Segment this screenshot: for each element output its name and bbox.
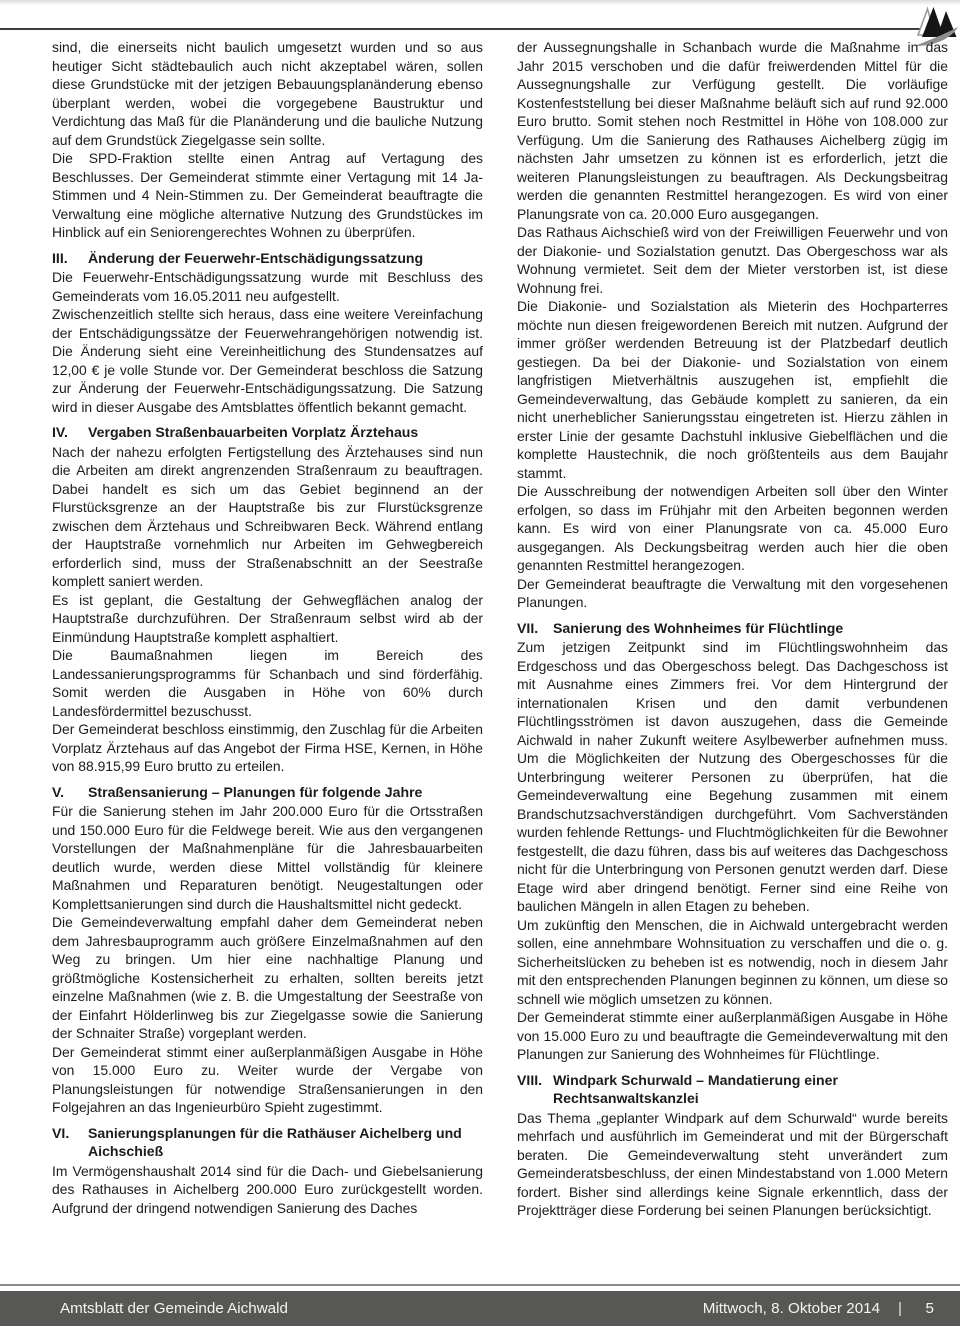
footer-publication-title: Amtsblatt der Gemeinde Aichwald — [60, 1300, 288, 1317]
paragraph: sind, die einerseits nicht baulich umges… — [52, 38, 483, 149]
section-heading: VIII.Windpark Schurwald – Mandatierung e… — [517, 1071, 948, 1108]
footer-separator: | — [898, 1300, 902, 1317]
paragraph: Der Gemeinderat stimmte einer außerplanm… — [517, 1008, 948, 1064]
section-number: VI. — [52, 1124, 88, 1161]
section-title: Vergaben Straßenbauarbeiten Vorplatz Ärz… — [88, 423, 483, 442]
footer-date: Mittwoch, 8. Oktober 2014 — [703, 1300, 880, 1317]
section-number: IV. — [52, 423, 88, 442]
section-heading: IV.Vergaben Straßenbauarbeiten Vorplatz … — [52, 423, 483, 442]
column-right: der Aussegnungshalle in Schanbach wurde … — [517, 38, 948, 1282]
paragraph: Der Gemeinderat beauftragte die Verwaltu… — [517, 575, 948, 612]
paragraph: Die Feuerwehr-Entschädigungssatzung wurd… — [52, 268, 483, 305]
paragraph: Das Thema „geplanter Windpark auf dem Sc… — [517, 1109, 948, 1220]
column-left: sind, die einerseits nicht baulich umges… — [52, 38, 483, 1282]
paragraph: Um zukünftig den Menschen, die in Aichwa… — [517, 916, 948, 1009]
paragraph: Im Vermögenshaushalt 2014 sind für die D… — [52, 1162, 483, 1218]
paragraph: Das Rathaus Aichschieß wird von der Frei… — [517, 223, 948, 297]
paragraph: Die Diakonie- und Sozialstation als Miet… — [517, 297, 948, 482]
article-columns: sind, die einerseits nicht baulich umges… — [52, 38, 948, 1282]
paragraph: Zum jetzigen Zeitpunkt sind im Flüchtlin… — [517, 638, 948, 916]
paragraph: Die SPD-Fraktion stellte einen Antrag au… — [52, 149, 483, 242]
section-title: Sanierung des Wohnheimes für Flüchtlinge — [553, 619, 948, 638]
paragraph: Der Gemeinderat beschloss einstimmig, de… — [52, 720, 483, 776]
paragraph: Zwischenzeitlich stellte sich heraus, da… — [52, 305, 483, 416]
section-number: VIII. — [517, 1071, 553, 1108]
paragraph: Die Baumaßnahmen liegen im Bereich des L… — [52, 646, 483, 720]
footer-rule — [0, 1284, 960, 1286]
paragraph: Für die Sanierung stehen im Jahr 200.000… — [52, 802, 483, 913]
section-title: Windpark Schurwald – Mandatierung einer … — [553, 1071, 948, 1108]
paragraph: Die Ausschreibung der notwendigen Arbeit… — [517, 482, 948, 575]
paragraph: Der Gemeinderat stimmt einer außerplanmä… — [52, 1043, 483, 1117]
page-top-edge — [0, 0, 960, 5]
section-title: Änderung der Feuerwehr-Entschädigungssat… — [88, 249, 483, 268]
footer-bar: Amtsblatt der Gemeinde Aichwald Mittwoch… — [0, 1291, 960, 1326]
section-heading: III.Änderung der Feuerwehr-Entschädigung… — [52, 249, 483, 268]
section-heading: V.Straßensanierung – Planungen für folge… — [52, 783, 483, 802]
footer-page-number: 5 — [920, 1300, 934, 1317]
paragraph: Nach der nahezu erfolgten Fertigstellung… — [52, 443, 483, 591]
paragraph: der Aussegnungshalle in Schanbach wurde … — [517, 38, 948, 223]
header-rule — [0, 28, 930, 30]
section-title: Straßensanierung – Planungen für folgend… — [88, 783, 483, 802]
paragraph: Die Gemeindeverwaltung empfahl daher dem… — [52, 913, 483, 1043]
section-title: Sanierungsplanungen für die Rathäuser Ai… — [88, 1124, 483, 1161]
section-heading: VII.Sanierung des Wohnheimes für Flüchtl… — [517, 619, 948, 638]
section-number: V. — [52, 783, 88, 802]
section-heading: VI.Sanierungsplanungen für die Rathäuser… — [52, 1124, 483, 1161]
section-number: VII. — [517, 619, 553, 638]
section-number: III. — [52, 249, 88, 268]
gazette-page: sind, die einerseits nicht baulich umges… — [0, 0, 960, 1326]
paragraph: Es ist geplant, die Gestaltung der Gehwe… — [52, 591, 483, 647]
footer-date-page: Mittwoch, 8. Oktober 2014 | 5 — [703, 1300, 934, 1317]
